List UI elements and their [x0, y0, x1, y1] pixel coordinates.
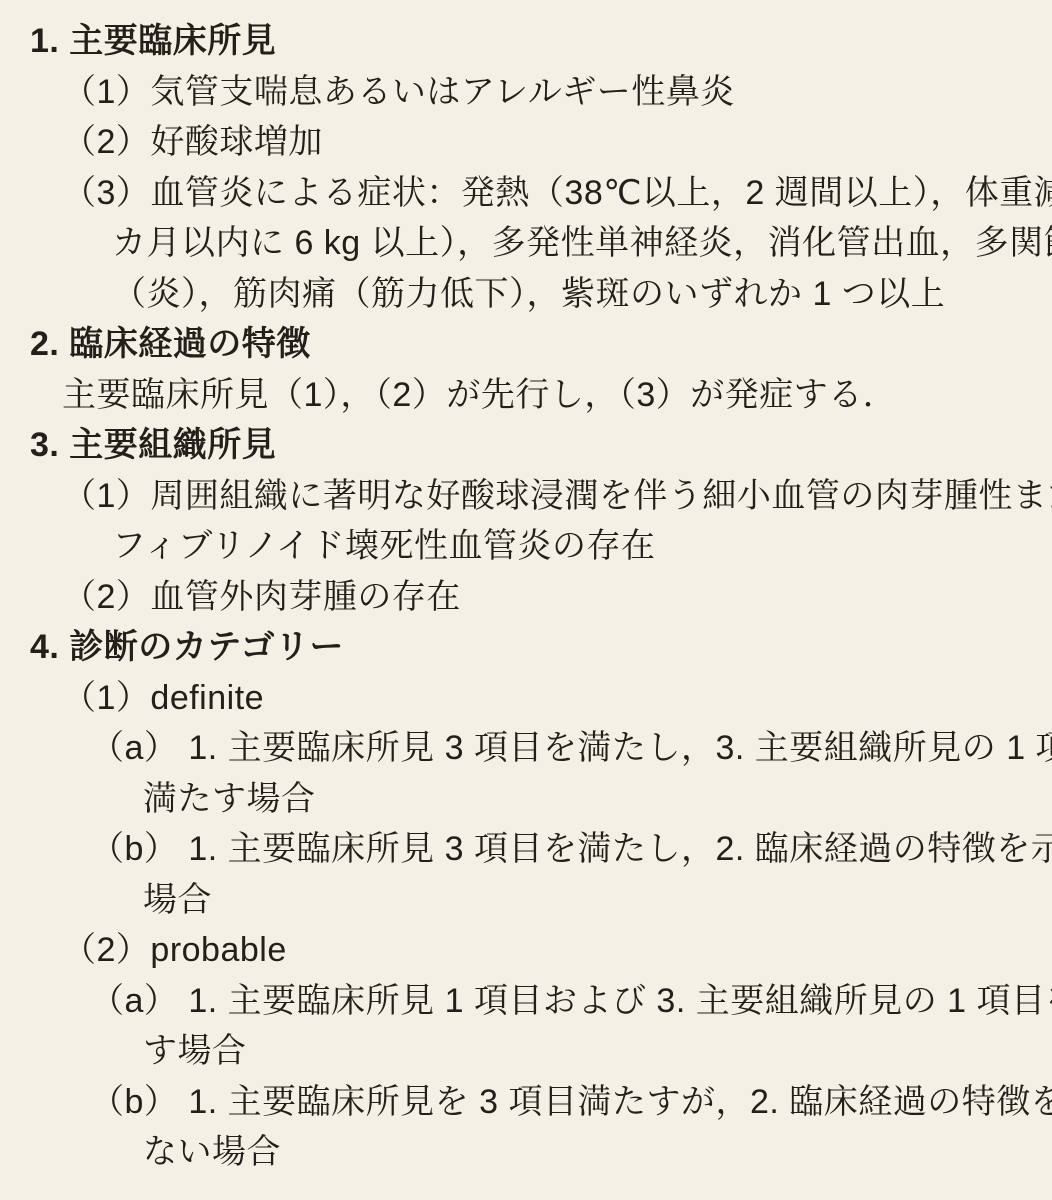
- item-probable-b-cont: ない場合: [143, 1127, 1052, 1178]
- item-vasculitis-symptoms-cont-2: （炎），筋肉痛（筋力低下），紫斑のいずれか 1 つ以上: [112, 269, 1052, 320]
- item-probable-a: （a） 1. 主要臨床所見 1 項目および 3. 主要組織所見の 1 項目を満た: [90, 976, 1052, 1027]
- heading-diagnostic-category: 4. 診断のカテゴリー: [30, 622, 1052, 673]
- item-probable: （2）probable: [62, 925, 1052, 976]
- item-definite-b-cont: 場合: [143, 875, 1052, 926]
- item-definite-a-cont: 満たす場合: [143, 774, 1052, 825]
- item-probable-b: （b） 1. 主要臨床所見を 3 項目満たすが，2. 臨床経過の特徴を示さ: [90, 1077, 1052, 1128]
- item-extravascular-granuloma: （2）血管外肉芽腫の存在: [62, 572, 1052, 623]
- item-vasculitis-symptoms: （3）血管炎による症状：発熱（38℃以上，2 週間以上），体重減少（6: [62, 168, 1052, 219]
- criteria-document-page: 1. 主要臨床所見 （1）気管支喘息あるいはアレルギー性鼻炎 （2）好酸球増加 …: [0, 0, 1052, 1200]
- item-definite-a: （a） 1. 主要臨床所見 3 項目を満たし，3. 主要組織所見の 1 項目を: [90, 723, 1052, 774]
- criteria-document: 1. 主要臨床所見 （1）気管支喘息あるいはアレルギー性鼻炎 （2）好酸球増加 …: [0, 16, 1052, 1178]
- item-eosinophilia: （2）好酸球増加: [62, 117, 1052, 168]
- heading-histological-findings: 3. 主要組織所見: [30, 420, 1052, 471]
- item-granulomatous-vasculitis-cont: フィブリノイド壊死性血管炎の存在: [112, 521, 1052, 572]
- heading-main-clinical-findings: 1. 主要臨床所見: [30, 16, 1052, 67]
- item-probable-a-cont: す場合: [143, 1026, 1052, 1077]
- item-definite-b: （b） 1. 主要臨床所見 3 項目を満たし，2. 臨床経過の特徴を示した: [90, 824, 1052, 875]
- heading-clinical-course: 2. 臨床経過の特徴: [30, 319, 1052, 370]
- item-bronchial-asthma-or-allergic-rhinitis: （1）気管支喘息あるいはアレルギー性鼻炎: [62, 67, 1052, 118]
- text-clinical-course: 主要臨床所見（1），（2）が先行し，（3）が発症する．: [62, 370, 1052, 421]
- item-granulomatous-vasculitis: （1）周囲組織に著明な好酸球浸潤を伴う細小血管の肉芽腫性または: [62, 471, 1052, 522]
- item-definite: （1）definite: [62, 673, 1052, 724]
- item-vasculitis-symptoms-cont-1: カ月以内に 6 kg 以上），多発性単神経炎，消化管出血，多関節痛: [112, 218, 1052, 269]
